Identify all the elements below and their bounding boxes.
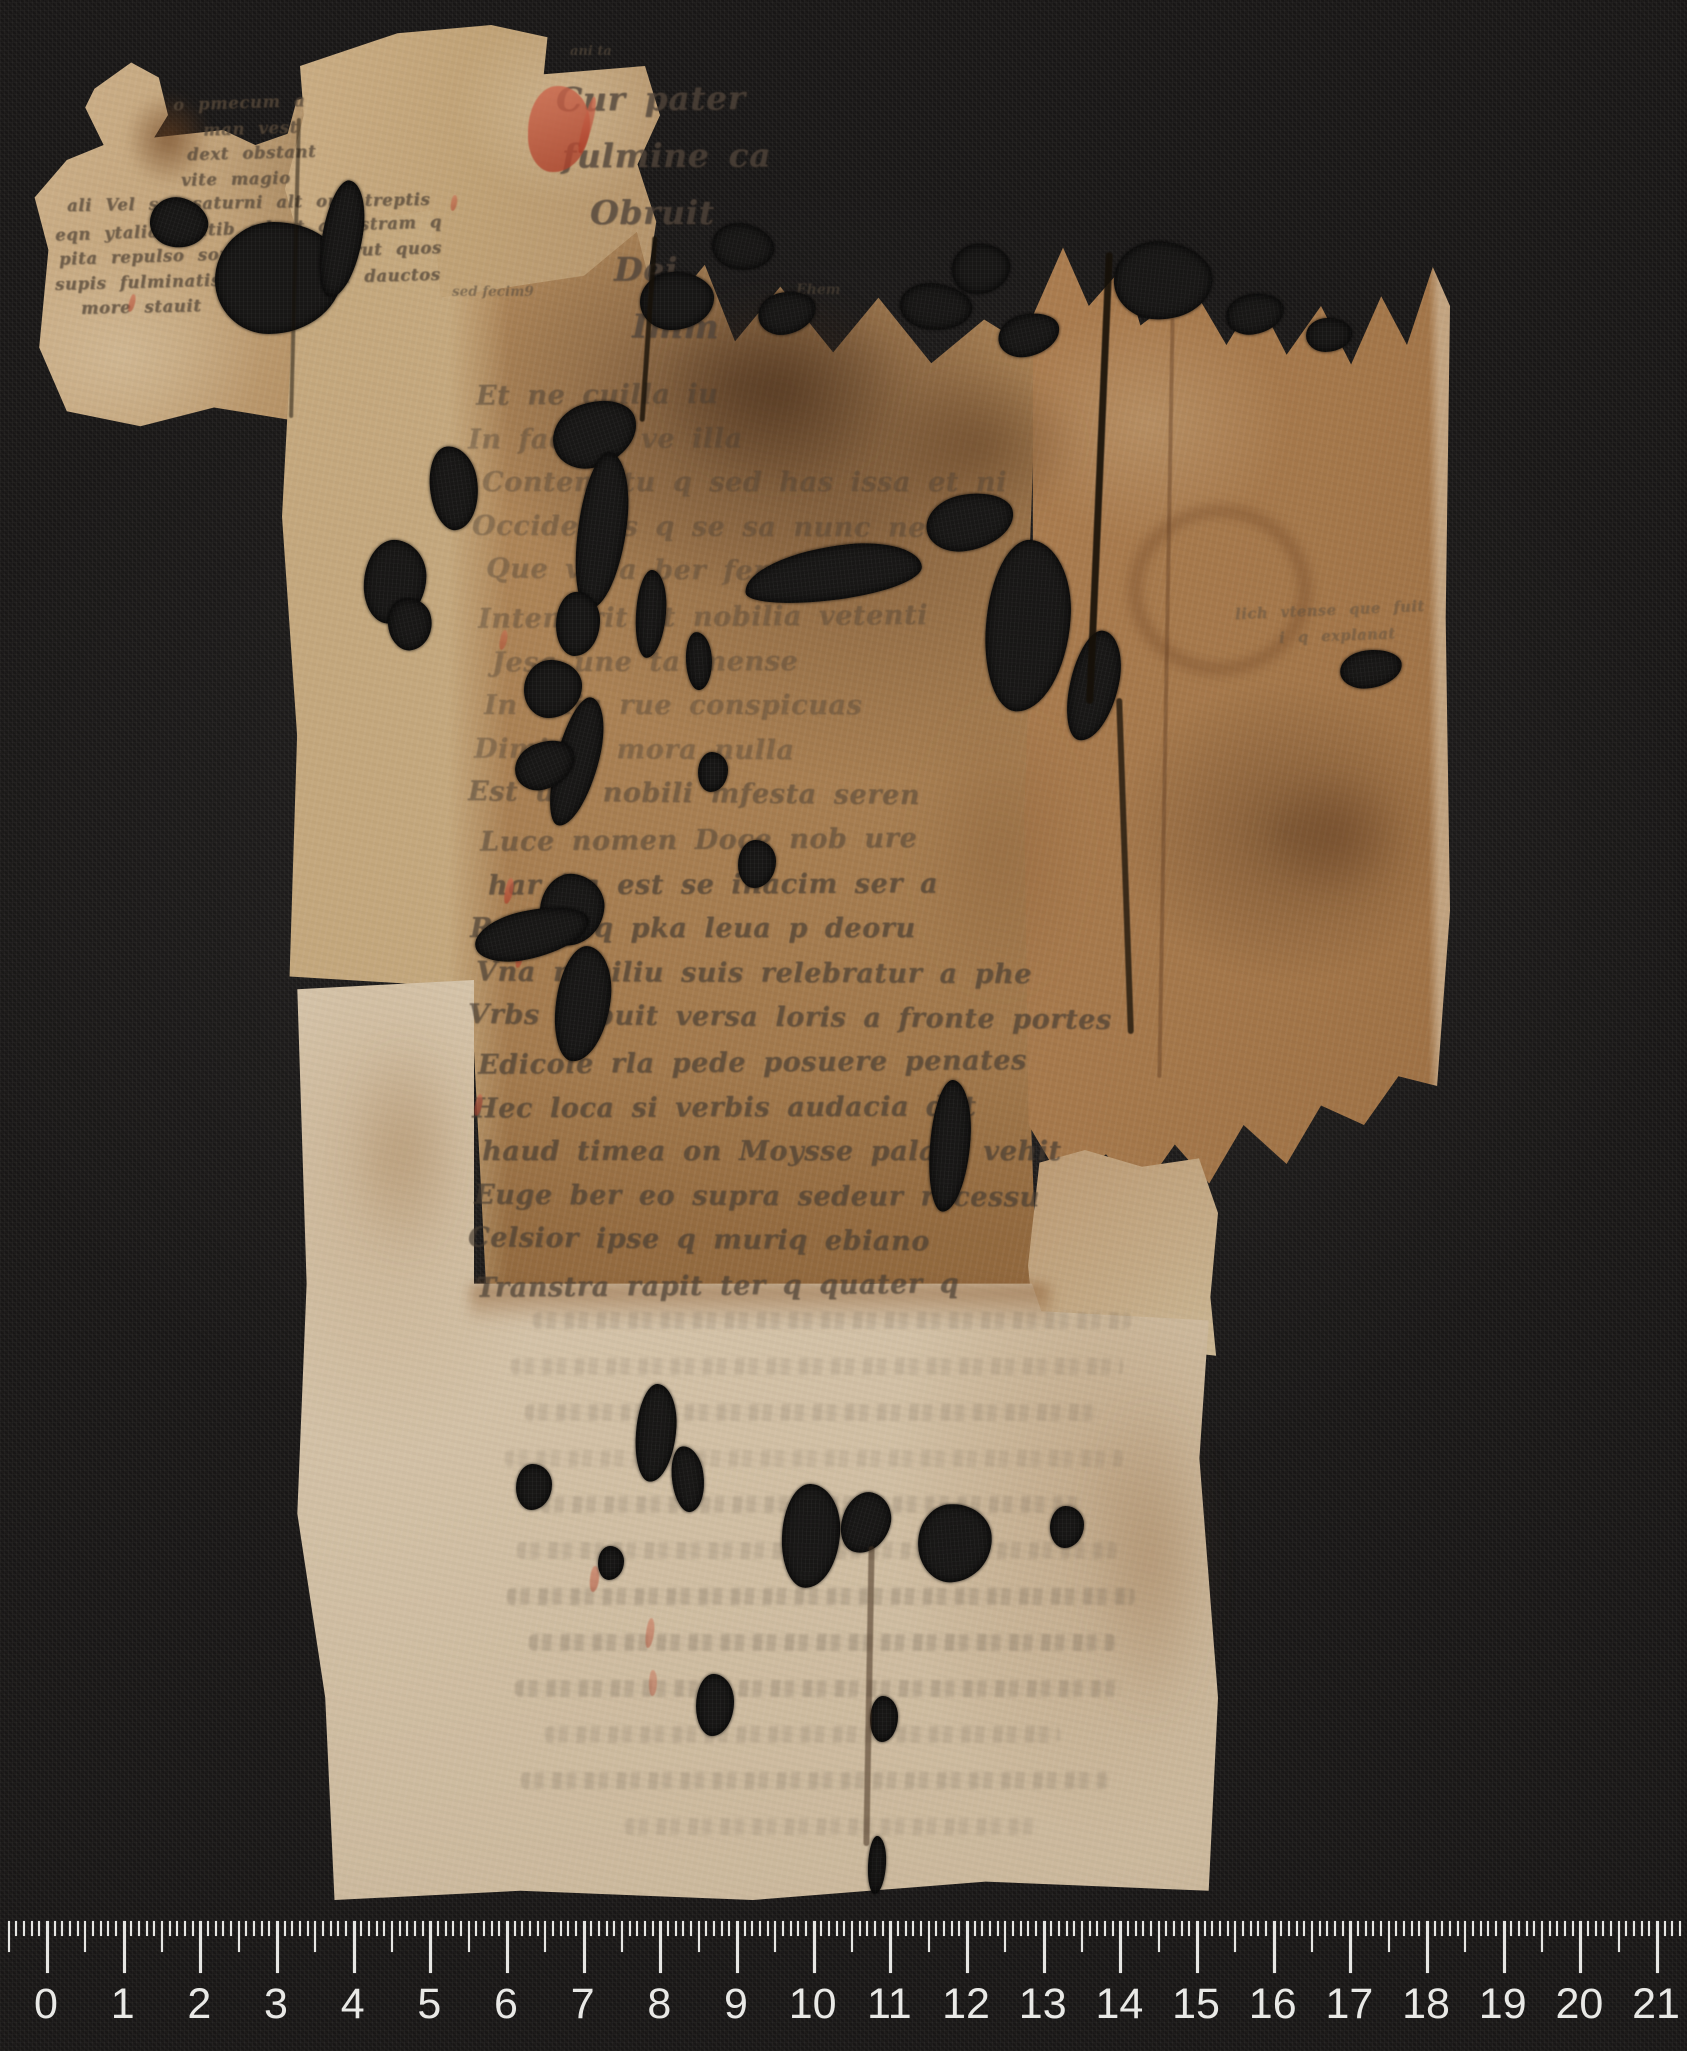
faded-script-line <box>533 1312 1131 1329</box>
ruler-tick <box>368 1921 370 1936</box>
ruler-tick <box>1403 1921 1405 1936</box>
ruler-tick <box>782 1921 784 1936</box>
ruler-tick <box>1541 1921 1543 1952</box>
ruler-tick <box>261 1921 263 1936</box>
ruler-tick <box>1043 1921 1046 1973</box>
ruler-tick <box>1610 1921 1612 1936</box>
ruler-tick <box>1150 1921 1152 1936</box>
ruler-tick <box>1127 1921 1129 1936</box>
ruler-label: 13 <box>1019 1980 1067 2029</box>
ruler-tick <box>713 1921 715 1936</box>
ruler-tick <box>966 1921 969 1973</box>
ruler-tick <box>958 1921 960 1936</box>
faded-script-line <box>525 1404 1099 1421</box>
faded-script-line <box>625 1818 1037 1835</box>
ruler-tick <box>153 1921 155 1936</box>
ruler-tick <box>92 1921 94 1936</box>
ruler-tick <box>1664 1921 1666 1936</box>
ruler-tick <box>813 1921 816 1973</box>
ruler-tick <box>705 1921 707 1936</box>
ruler-tick <box>291 1921 293 1936</box>
ruler-tick <box>268 1921 270 1936</box>
ruler-tick <box>905 1921 907 1936</box>
ruler-tick <box>636 1921 638 1936</box>
ruler-tick <box>422 1921 424 1936</box>
ruler-tick <box>1625 1921 1627 1936</box>
ruler-tick <box>790 1921 792 1936</box>
ruler-tick <box>483 1921 485 1936</box>
ruler-tick <box>38 1921 40 1936</box>
ruler-tick <box>399 1921 401 1936</box>
ruler-tick <box>1449 1921 1451 1936</box>
ruler-tick <box>659 1921 662 1973</box>
ruler-tick <box>989 1921 991 1936</box>
ruler-tick <box>1472 1921 1474 1936</box>
ruler-label: 3 <box>264 1980 288 2029</box>
ruler-tick <box>1365 1921 1367 1936</box>
ruler-tick <box>575 1921 577 1936</box>
ruler-tick <box>1219 1921 1221 1936</box>
faded-script-line <box>515 1680 1123 1697</box>
ruler-tick <box>1012 1921 1014 1936</box>
ruler-tick <box>675 1921 677 1936</box>
ruler-label: 20 <box>1555 1980 1603 2029</box>
ruler-tick <box>1342 1921 1344 1936</box>
ruler-tick <box>1457 1921 1459 1936</box>
ruler-tick <box>951 1921 953 1936</box>
ruler-tick <box>836 1921 838 1936</box>
ruler-tick <box>1411 1921 1413 1936</box>
ruler-tick <box>866 1921 868 1936</box>
script-line: Hec loca si verbis audacia det <box>472 1084 1112 1131</box>
ruler-tick <box>1641 1921 1643 1936</box>
ruler-tick <box>1027 1921 1029 1936</box>
ruler-tick <box>1303 1921 1305 1936</box>
ruler-tick <box>123 1921 126 1973</box>
ruler-tick <box>468 1921 470 1952</box>
ruler-tick <box>307 1921 309 1936</box>
ruler-tick <box>1602 1921 1604 1936</box>
ruler-tick <box>1487 1921 1489 1936</box>
ruler-tick <box>1265 1921 1267 1936</box>
ruler-tick <box>314 1921 316 1952</box>
ruler-tick <box>1380 1921 1382 1936</box>
ruler-tick <box>353 1921 356 1973</box>
ruler-tick <box>199 1921 202 1973</box>
stain <box>1080 460 1360 720</box>
script-block-marginal-note: lich vtense que fuiti q explanat <box>1235 598 1425 648</box>
ruler-tick <box>912 1921 914 1936</box>
photograph-of-manuscript: o pmecum aman vestdext obstantvite magio… <box>0 0 1687 2051</box>
ruler-tick <box>1564 1921 1566 1936</box>
ruler-tick <box>583 1921 586 1973</box>
ruler-tick <box>100 1921 102 1936</box>
faded-script-line <box>529 1634 1115 1651</box>
ruler-tick <box>437 1921 439 1936</box>
ruler-tick <box>1518 1921 1520 1936</box>
ruler-tick <box>1372 1921 1374 1936</box>
ruler-tick <box>23 1921 25 1936</box>
ruler-tick <box>820 1921 822 1936</box>
ruler-tick <box>1273 1921 1276 1973</box>
ruler-tick <box>1671 1921 1673 1936</box>
ruler-tick <box>360 1921 362 1936</box>
ruler-tick <box>284 1921 286 1936</box>
ruler-tick <box>974 1921 976 1936</box>
ruler-tick <box>1089 1921 1091 1936</box>
ruler-tick <box>1104 1921 1106 1936</box>
ruler-tick <box>452 1921 454 1936</box>
ruler-label: 0 <box>34 1980 58 2029</box>
ruler-tick <box>1526 1921 1528 1936</box>
ruler-tick <box>828 1921 830 1936</box>
ruler-tick <box>238 1921 240 1952</box>
ruler-label: 10 <box>789 1980 837 2029</box>
ruler-tick <box>1165 1921 1167 1936</box>
ruler-tick <box>192 1921 194 1936</box>
annotation: ani ta <box>570 44 612 59</box>
ruler-tick <box>429 1921 432 1973</box>
ruler-tick <box>161 1921 163 1952</box>
ruler-tick <box>1357 1921 1359 1936</box>
ruler-tick <box>184 1921 186 1936</box>
ruler-tick <box>130 1921 132 1936</box>
ruler-tick <box>560 1921 562 1936</box>
ruler-tick <box>874 1921 876 1936</box>
script-line: fulmine ca <box>562 127 771 185</box>
stain <box>320 990 490 1310</box>
ruler-tick <box>330 1921 332 1936</box>
ruler-tick <box>736 1921 739 1973</box>
ruler-tick <box>1572 1921 1574 1936</box>
ruler-tick <box>613 1921 615 1936</box>
ruler-tick <box>46 1921 49 1973</box>
ruler-tick <box>1250 1921 1252 1936</box>
ruler-tick <box>537 1921 539 1936</box>
ruler-tick <box>759 1921 761 1936</box>
ruler-tick <box>1388 1921 1390 1952</box>
ruler-tick <box>1334 1921 1336 1936</box>
ruler-tick <box>1004 1921 1006 1952</box>
ruler-tick <box>1227 1921 1229 1936</box>
faded-script-line <box>505 1450 1123 1467</box>
ruler-tick <box>391 1921 393 1952</box>
script-block-main-verse: Et ne cuilla iuIn faciam ve illaContempt… <box>468 372 1112 1308</box>
ruler-tick <box>1418 1921 1420 1936</box>
ruler-tick <box>1434 1921 1436 1936</box>
ruler-tick <box>1135 1921 1137 1936</box>
ruler-tick <box>997 1921 999 1936</box>
ruler-tick <box>61 1921 63 1936</box>
ruler-tick <box>1142 1921 1144 1936</box>
hole <box>952 244 1010 294</box>
ruler-label: 11 <box>867 1980 912 2029</box>
ruler-label: 7 <box>571 1980 595 2029</box>
ruler-tick <box>629 1921 631 1936</box>
ruler-tick <box>1618 1921 1620 1952</box>
ruler-label: 16 <box>1249 1980 1297 2029</box>
faded-script-line <box>521 1772 1109 1789</box>
ruler-tick <box>590 1921 592 1936</box>
ruler-tick <box>897 1921 899 1936</box>
ruler-tick <box>606 1921 608 1936</box>
ruler-tick <box>843 1921 845 1936</box>
ruler-tick <box>1119 1921 1122 1973</box>
ruler-tick <box>445 1921 447 1936</box>
centimetre-ruler: 0123456789101112131415161718192021 <box>0 1918 1687 2051</box>
ruler-tick <box>414 1921 416 1936</box>
ruler-tick <box>169 1921 171 1936</box>
ruler-tick <box>1679 1921 1681 1936</box>
ruler-tick <box>54 1921 56 1936</box>
ruler-tick <box>859 1921 861 1936</box>
ruler-tick <box>1257 1921 1259 1936</box>
ruler-tick <box>920 1921 922 1936</box>
ruler-tick <box>621 1921 623 1952</box>
ruler-tick <box>1158 1921 1160 1952</box>
ruler-tick <box>943 1921 945 1936</box>
ruler-tick <box>31 1921 33 1936</box>
ruler-tick <box>1204 1921 1206 1936</box>
ruler-tick <box>751 1921 753 1936</box>
ruler-tick <box>889 1921 892 1973</box>
script-block-lower-faint <box>505 1312 1165 1864</box>
ruler-tick <box>498 1921 500 1936</box>
ruler-tick <box>15 1921 17 1936</box>
ruler-tick <box>1073 1921 1075 1936</box>
ruler-tick <box>8 1921 10 1952</box>
ruler-tick <box>115 1921 117 1936</box>
ruler-tick <box>1510 1921 1512 1936</box>
ruler-tick <box>1319 1921 1321 1936</box>
ruler-tick <box>1288 1921 1290 1936</box>
ruler-label: 5 <box>417 1980 441 2029</box>
hole <box>1223 290 1286 338</box>
ruler-tick <box>652 1921 654 1936</box>
ruler-tick <box>222 1921 224 1936</box>
ruler-tick <box>567 1921 569 1936</box>
ruler-tick <box>345 1921 347 1936</box>
ruler-tick <box>521 1921 523 1936</box>
ruler-label: 17 <box>1325 1980 1373 2029</box>
ruler-tick <box>1426 1921 1429 1973</box>
ruler-tick <box>851 1921 853 1952</box>
ruler-tick <box>146 1921 148 1936</box>
ruler-tick <box>107 1921 109 1936</box>
ruler-tick <box>767 1921 769 1936</box>
ruler-tick <box>176 1921 178 1936</box>
ruler-tick <box>667 1921 669 1936</box>
ruler-tick <box>1188 1921 1190 1936</box>
ruler-label: 14 <box>1095 1980 1143 2029</box>
ruler-tick <box>644 1921 646 1936</box>
ruler-tick <box>77 1921 79 1936</box>
ruler-tick <box>245 1921 247 1936</box>
ruler-tick <box>276 1921 279 1973</box>
script-line: Transtra rapit ter q quater q <box>476 1261 1112 1311</box>
hole <box>1306 318 1352 352</box>
ruler-tick <box>682 1921 684 1936</box>
ruler-tick <box>1480 1921 1482 1936</box>
ruler-label: 9 <box>724 1980 748 2029</box>
ruler-tick <box>981 1921 983 1936</box>
ruler-tick <box>774 1921 776 1952</box>
ruler-tick <box>529 1921 531 1936</box>
ruler-label: 21 <box>1632 1980 1680 2029</box>
ruler-label: 18 <box>1402 1980 1450 2029</box>
ruler-tick <box>69 1921 71 1936</box>
ruler-tick <box>1050 1921 1052 1936</box>
ruler-tick <box>406 1921 408 1936</box>
ruler-tick <box>383 1921 385 1936</box>
stain <box>1230 740 1440 930</box>
ruler-tick <box>805 1921 807 1936</box>
faded-script-line <box>545 1726 1060 1743</box>
ruler-tick <box>1549 1921 1551 1936</box>
ruler-tick <box>491 1921 493 1936</box>
ruler-tick <box>1648 1921 1650 1936</box>
faded-script-line <box>507 1588 1135 1605</box>
ruler-tick <box>1112 1921 1114 1936</box>
ruler-tick <box>1656 1921 1659 1973</box>
annotation: sed fecim9 <box>452 284 534 300</box>
ruler-label: 2 <box>187 1980 211 2029</box>
ruler-tick <box>460 1921 462 1936</box>
ruler-label: 12 <box>942 1980 990 2029</box>
script-line: Celsior ipse q muriq ebiano <box>468 1216 1112 1266</box>
script-line: Luce nomen Doce nob ure <box>480 815 1112 865</box>
ruler-label: 6 <box>494 1980 518 2029</box>
script-line: haud timea on Moysse palam vehit <box>482 1130 1112 1175</box>
ruler-tick <box>1311 1921 1313 1952</box>
ruler-tick <box>935 1921 937 1936</box>
ruler-label: 8 <box>647 1980 671 2029</box>
ruler-tick <box>138 1921 140 1936</box>
script-line: Euge ber eo supra sedeur recessu <box>474 1173 1112 1220</box>
ruler-tick <box>514 1921 516 1936</box>
ruler-tick <box>1464 1921 1466 1952</box>
ruler-tick <box>337 1921 339 1936</box>
ruler-tick <box>1326 1921 1328 1936</box>
ruler-tick <box>506 1921 509 1973</box>
ruler-label: 15 <box>1172 1980 1220 2029</box>
ruler-tick <box>598 1921 600 1936</box>
ruler-tick <box>544 1921 546 1952</box>
ruler-tick <box>1441 1921 1443 1936</box>
ruler-tick <box>1533 1921 1535 1936</box>
ruler-tick <box>728 1921 730 1936</box>
ruler-tick <box>552 1921 554 1936</box>
ruler-tick <box>1020 1921 1022 1936</box>
ruler-tick <box>1503 1921 1506 1973</box>
ruler-tick <box>797 1921 799 1936</box>
ruler-label: 1 <box>111 1980 135 2029</box>
ruler-tick <box>322 1921 324 1936</box>
ruler-tick <box>1595 1921 1597 1936</box>
ruler-tick <box>475 1921 477 1936</box>
ruler-tick <box>1556 1921 1558 1936</box>
ruler-tick <box>1495 1921 1497 1936</box>
ruler-tick <box>1081 1921 1083 1952</box>
ruler-tick <box>1349 1921 1352 1973</box>
ruler-tick <box>1395 1921 1397 1936</box>
faded-script-line <box>511 1358 1123 1375</box>
ruler-tick <box>1066 1921 1068 1936</box>
ruler-tick <box>376 1921 378 1936</box>
ruler-tick <box>230 1921 232 1936</box>
ruler-tick <box>928 1921 930 1952</box>
ruler-tick <box>1035 1921 1037 1936</box>
script-line: i q explanat <box>1279 620 1426 651</box>
ruler-tick <box>1181 1921 1183 1936</box>
ruler-tick <box>1234 1921 1236 1952</box>
ruler-tick <box>253 1921 255 1936</box>
ruler-tick <box>1633 1921 1635 1936</box>
ruler-tick <box>1579 1921 1582 1973</box>
ruler-tick <box>744 1921 746 1936</box>
ruler-tick <box>1096 1921 1098 1936</box>
ruler-tick <box>690 1921 692 1936</box>
ruler-tick <box>1242 1921 1244 1936</box>
ruler-tick <box>721 1921 723 1936</box>
ruler-tick <box>1280 1921 1282 1936</box>
ruler-label: 19 <box>1479 1980 1527 2029</box>
ruler-tick <box>698 1921 700 1952</box>
ruler-label: 4 <box>341 1980 365 2029</box>
ruler-tick <box>84 1921 86 1952</box>
ruler-tick <box>1211 1921 1213 1936</box>
ruler-tick <box>1296 1921 1298 1936</box>
ruler-tick <box>1196 1921 1199 1973</box>
ruler-tick <box>1587 1921 1589 1936</box>
ruler-tick <box>882 1921 884 1936</box>
ruler-tick <box>207 1921 209 1936</box>
ruler-tick <box>299 1921 301 1936</box>
ruler-tick <box>1058 1921 1060 1936</box>
ruler-tick <box>1173 1921 1175 1936</box>
ruler-tick <box>215 1921 217 1936</box>
